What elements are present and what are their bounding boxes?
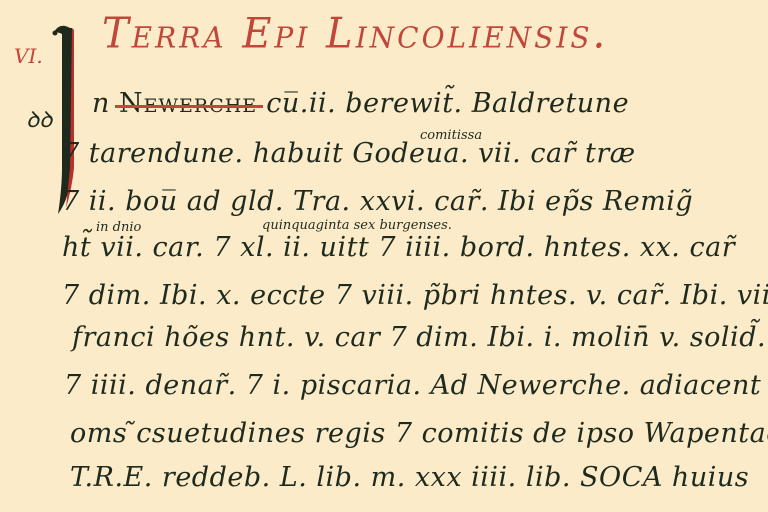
text-line-9: T.R.E. reddeb. L. lib. m. xxx iiii. lib.… <box>70 462 749 493</box>
heading-terra-epi-lincoliensis: Terra Epi Lincoliensis. <box>102 3 608 66</box>
text-line-1: n Newerche cu̅.ii. berewit̃. Baldretune <box>92 88 629 119</box>
text-line-4: ht̃ vii. car. 7 xl. ii. uitt 7 iiii. bor… <box>62 232 735 263</box>
manuscript-page: VI. Terra Epi Lincoliensis. ꝺꝺ n Newerch… <box>0 0 768 512</box>
text-line-6: franci hões hnt. v. car 7 dim. Ibi. i. m… <box>72 322 766 353</box>
line-prefix: n <box>92 88 110 119</box>
struck-place-name: Newerche <box>119 88 257 119</box>
text-line-5: 7 dim. Ibi. x. eccte 7 viii. p̃bri hntes… <box>62 280 768 311</box>
line-text: cu̅.ii. berewit̃. Baldretune <box>266 88 629 119</box>
margin-mark: ꝺꝺ <box>26 104 52 134</box>
text-line-8: oms ̃csuetudines regis 7 comitis de ipso… <box>70 418 768 449</box>
text-line-2: 7 tarendune. habuit Godeua. vii. car̃ tr… <box>62 138 636 169</box>
text-line-3: 7 ii. bou̅ ad gld. Tra. xxvi. car̃. Ibi … <box>62 186 693 217</box>
gloss-burgenses: quinquaginta sex burgenses. <box>262 218 452 233</box>
chapter-number: VI. <box>14 44 43 68</box>
text-line-7: 7 iiii. denar̃. 7 i. piscaria. Ad Newerc… <box>64 370 761 401</box>
